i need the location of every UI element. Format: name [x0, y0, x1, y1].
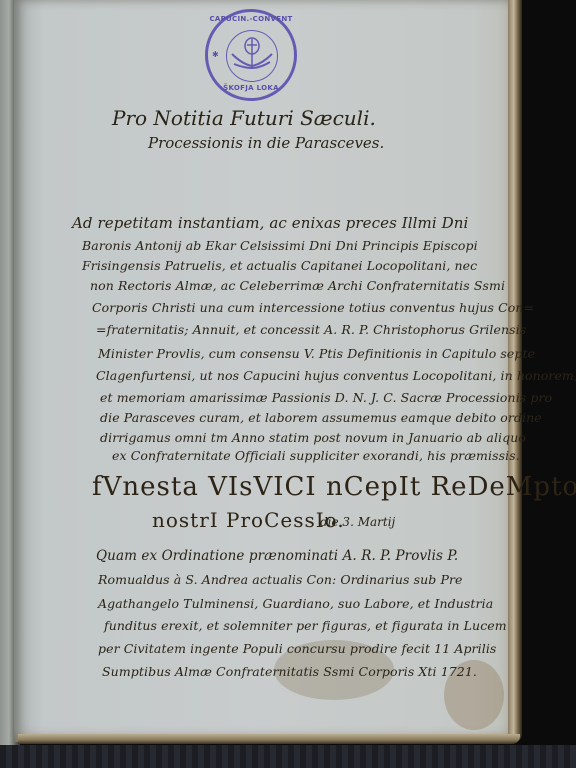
- text-line: funditus erexit, et solemniter per figur…: [104, 618, 507, 633]
- bottom-page-edge: [18, 734, 520, 744]
- text-line: Romualdus à S. Andrea actualis Con: Ordi…: [98, 572, 463, 587]
- text-line: Baronis Antonij ab Ekar Celsissimi Dni D…: [82, 238, 478, 253]
- text-line: dirrigamus omni tm Anno statim post novu…: [100, 430, 526, 445]
- text-line: Ad repetitam instantiam, ac enixas prece…: [72, 214, 468, 232]
- text-line: Agathangelo Tulminensi, Guardiano, suo L…: [98, 596, 493, 611]
- title-line-1: Pro Notitia Futuri Sæculi.: [112, 106, 376, 130]
- convent-stamp: CAPUCIN.-CONVENT ✱ ŠKOFJA LOKA: [205, 9, 297, 101]
- chronogram-line-1: fVnesta VIsVICI nCepIt ReDeMptorIs: [92, 472, 576, 502]
- franciscan-arms-icon: [224, 28, 280, 84]
- star-icon: ✱: [212, 50, 219, 59]
- text-line: Sumptibus Almæ Confraternitatis Ssmi Cor…: [102, 664, 477, 679]
- text-line: Clagenfurtensi, ut nos Capucini hujus co…: [96, 368, 576, 383]
- text-line: Corporis Christi una cum intercessione t…: [92, 300, 534, 315]
- chronogram-date: die 3. Martij: [320, 515, 395, 529]
- stamp-bottom-text: ŠKOFJA LOKA: [208, 84, 294, 92]
- text-line: non Rectoris Almæ, ac Celeberrimæ Archi …: [90, 278, 505, 293]
- text-line: Minister Provlis, cum consensu V. Ptis D…: [98, 346, 535, 361]
- photo-scene: CAPUCIN.-CONVENT ✱ ŠKOFJA LOKA Pro Notit…: [0, 0, 576, 768]
- text-line: ex Confraternitate Officiali suppliciter…: [112, 448, 520, 463]
- text-line: die Parasceves curam, et laborem assumem…: [100, 410, 542, 425]
- chronogram-line-2: nostrI ProCessIo.: [152, 508, 345, 532]
- text-line: =fraternitatis; Annuit, et concessit A. …: [96, 322, 526, 337]
- stamp-top-text: CAPUCIN.-CONVENT: [208, 15, 294, 23]
- text-line: et memoriam amarissimæ Passionis D. N. J…: [100, 390, 552, 405]
- text-line: Frisingensis Patruelis, et actualis Capi…: [82, 258, 477, 273]
- text-line: Quam ex Ordinatione prænominati A. R. P.…: [96, 548, 458, 564]
- title-line-2: Processionis in die Parasceves.: [148, 134, 384, 152]
- background-surface: [0, 745, 576, 768]
- text-line: per Civitatem ingente Populi concursu pr…: [98, 641, 496, 656]
